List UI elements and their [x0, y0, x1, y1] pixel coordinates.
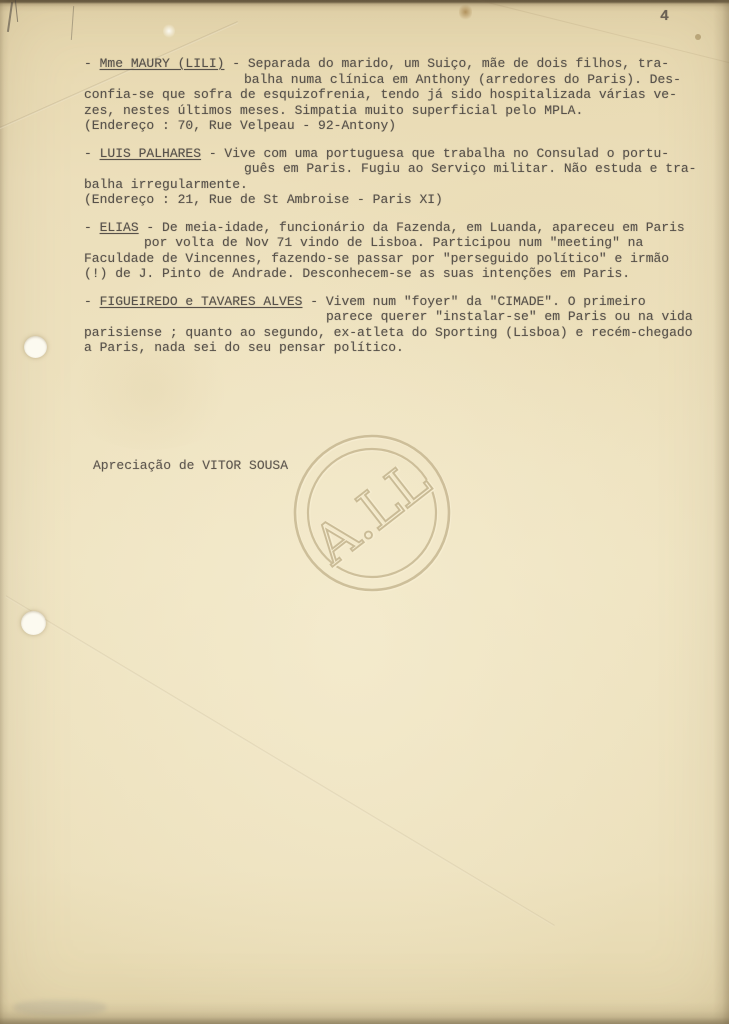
text-segment: a Paris, nada sei do seu pensar político…	[84, 340, 404, 355]
text-segment: (Endereço : 70, Rue Velpeau - 92-Antony)	[84, 118, 396, 133]
pen-scratch-mark	[7, 2, 13, 32]
text-segment: -	[84, 56, 100, 71]
text-segment: guês em Paris. Fugiu ao Serviço militar.…	[244, 161, 696, 176]
pen-scratch-mark	[71, 6, 74, 40]
text-line: guês em Paris. Fugiu ao Serviço militar.…	[84, 161, 705, 177]
text-line: parece querer "instalar-se" em Paris ou …	[84, 309, 705, 325]
subject-name: FIGUEIREDO e TAVARES ALVES	[100, 294, 303, 309]
text-segment: confia-se que sofra de esquizofrenia, te…	[84, 87, 677, 102]
typed-text: - Mme MAURY (LILI) - Separada do marido,…	[84, 56, 705, 368]
subject-name: Mme MAURY (LILI)	[100, 56, 225, 71]
brown-stain	[459, 3, 472, 21]
text-line: (!) de J. Pinto de Andrade. Desconhecem-…	[84, 266, 705, 282]
faint-bottom-smudge	[14, 1000, 106, 1015]
paragraph: - ELIAS - De meia-idade, funcionário da …	[84, 220, 705, 282]
paragraph: - FIGUEIREDO e TAVARES ALVES - Vivem num…	[84, 294, 705, 356]
text-line: - FIGUEIREDO e TAVARES ALVES - Vivem num…	[84, 294, 705, 310]
subject-name: ELIAS	[100, 220, 139, 235]
paper-crease	[5, 595, 555, 926]
text-segment: - Separada do marido, um Suiço, mãe de d…	[224, 56, 669, 71]
text-line: Faculdade de Vincennes, fazendo-se passa…	[84, 251, 705, 267]
text-line: - Mme MAURY (LILI) - Separada do marido,…	[84, 56, 705, 72]
text-segment: parisiense ; quanto ao segundo, ex-atlet…	[84, 325, 693, 340]
text-segment: balha numa clínica em Anthony (arredores…	[244, 72, 681, 87]
text-segment: -	[84, 220, 100, 235]
text-line: a Paris, nada sei do seu pensar político…	[84, 340, 705, 356]
pen-scratch-mark	[15, 0, 18, 22]
paper-bottom-edge-shadow	[0, 1002, 729, 1024]
text-segment: Faculdade de Vincennes, fazendo-se passa…	[84, 251, 669, 266]
text-line: balha numa clínica em Anthony (arredores…	[84, 72, 705, 88]
page-number: 4	[660, 8, 669, 25]
text-segment: parece querer "instalar-se" em Paris ou …	[326, 309, 693, 324]
text-segment: - Vive com uma portuguesa que trabalha n…	[201, 146, 669, 161]
text-segment: - Vivem num "foyer" da "CIMADE". O prime…	[302, 294, 645, 309]
text-segment: zes, nestes últimos meses. Simpatia muit…	[84, 103, 583, 118]
punch-hole	[24, 336, 47, 358]
paragraph: - LUIS PALHARES - Vive com uma portugues…	[84, 146, 705, 208]
subject-name: LUIS PALHARES	[100, 146, 201, 161]
embossed-archive-stamp: A.LL A.LL	[277, 418, 467, 608]
text-segment: (!) de J. Pinto de Andrade. Desconhecem-…	[84, 266, 630, 281]
paper-torn-top-edge	[0, 0, 729, 12]
text-line: (Endereço : 21, Rue de St Ambroise - Par…	[84, 192, 705, 208]
text-segment: por volta de Nov 71 vindo de Lisboa. Par…	[144, 235, 643, 250]
text-line: balha irregularmente.	[84, 177, 705, 193]
text-line: - ELIAS - De meia-idade, funcionário da …	[84, 220, 705, 236]
punch-hole	[21, 611, 46, 635]
text-line: zes, nestes últimos meses. Simpatia muit…	[84, 103, 705, 119]
text-line: (Endereço : 70, Rue Velpeau - 92-Antony)	[84, 118, 705, 134]
text-segment: -	[84, 146, 100, 161]
text-segment: (Endereço : 21, Rue de St Ambroise - Par…	[84, 192, 443, 207]
text-line: - LUIS PALHARES - Vive com uma portugues…	[84, 146, 705, 162]
text-line: parisiense ; quanto ao segundo, ex-atlet…	[84, 325, 705, 341]
appraisal-line: Apreciação de VITOR SOUSA	[93, 458, 288, 473]
text-line: por volta de Nov 71 vindo de Lisboa. Par…	[84, 235, 705, 251]
paper-left-edge-shadow	[0, 0, 9, 1024]
text-segment: balha irregularmente.	[84, 177, 248, 192]
small-stain	[695, 34, 701, 40]
paragraph: - Mme MAURY (LILI) - Separada do marido,…	[84, 56, 705, 134]
scanned-document-page: 4 - Mme MAURY (LILI) - Separada do marid…	[0, 0, 729, 1024]
paper-right-edge-shadow	[713, 0, 729, 1024]
text-segment: -	[84, 294, 100, 309]
text-line: confia-se que sofra de esquizofrenia, te…	[84, 87, 705, 103]
paper-flaw-speck	[163, 24, 175, 38]
text-segment: - De meia-idade, funcionário da Fazenda,…	[139, 220, 685, 235]
